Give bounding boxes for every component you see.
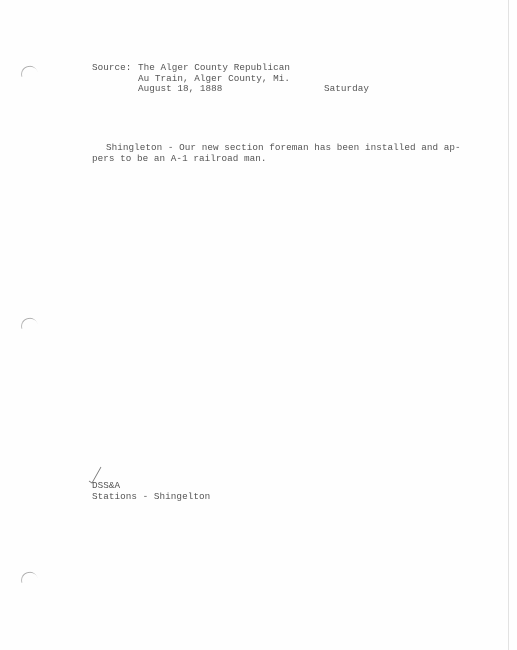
publication-name: The Alger County Republican <box>138 62 290 73</box>
document-page: Source: The Alger County Republican Au T… <box>0 0 517 650</box>
punch-hole-middle-icon <box>19 316 38 329</box>
punch-hole-top-icon <box>19 64 38 77</box>
page-edge-line <box>508 0 509 650</box>
publication-date: August 18, 1888 <box>138 83 222 94</box>
article-line-2: pers to be an A-1 railroad man. <box>92 153 267 164</box>
initials-code: DSS&A <box>92 480 120 491</box>
subject-line: Stations - Shingelton <box>92 491 210 502</box>
source-label: Source: <box>92 62 131 73</box>
article-line-1: Shingleton - Our new section foreman has… <box>106 142 461 153</box>
punch-hole-bottom-icon <box>19 570 38 583</box>
publication-weekday: Saturday <box>324 83 369 94</box>
